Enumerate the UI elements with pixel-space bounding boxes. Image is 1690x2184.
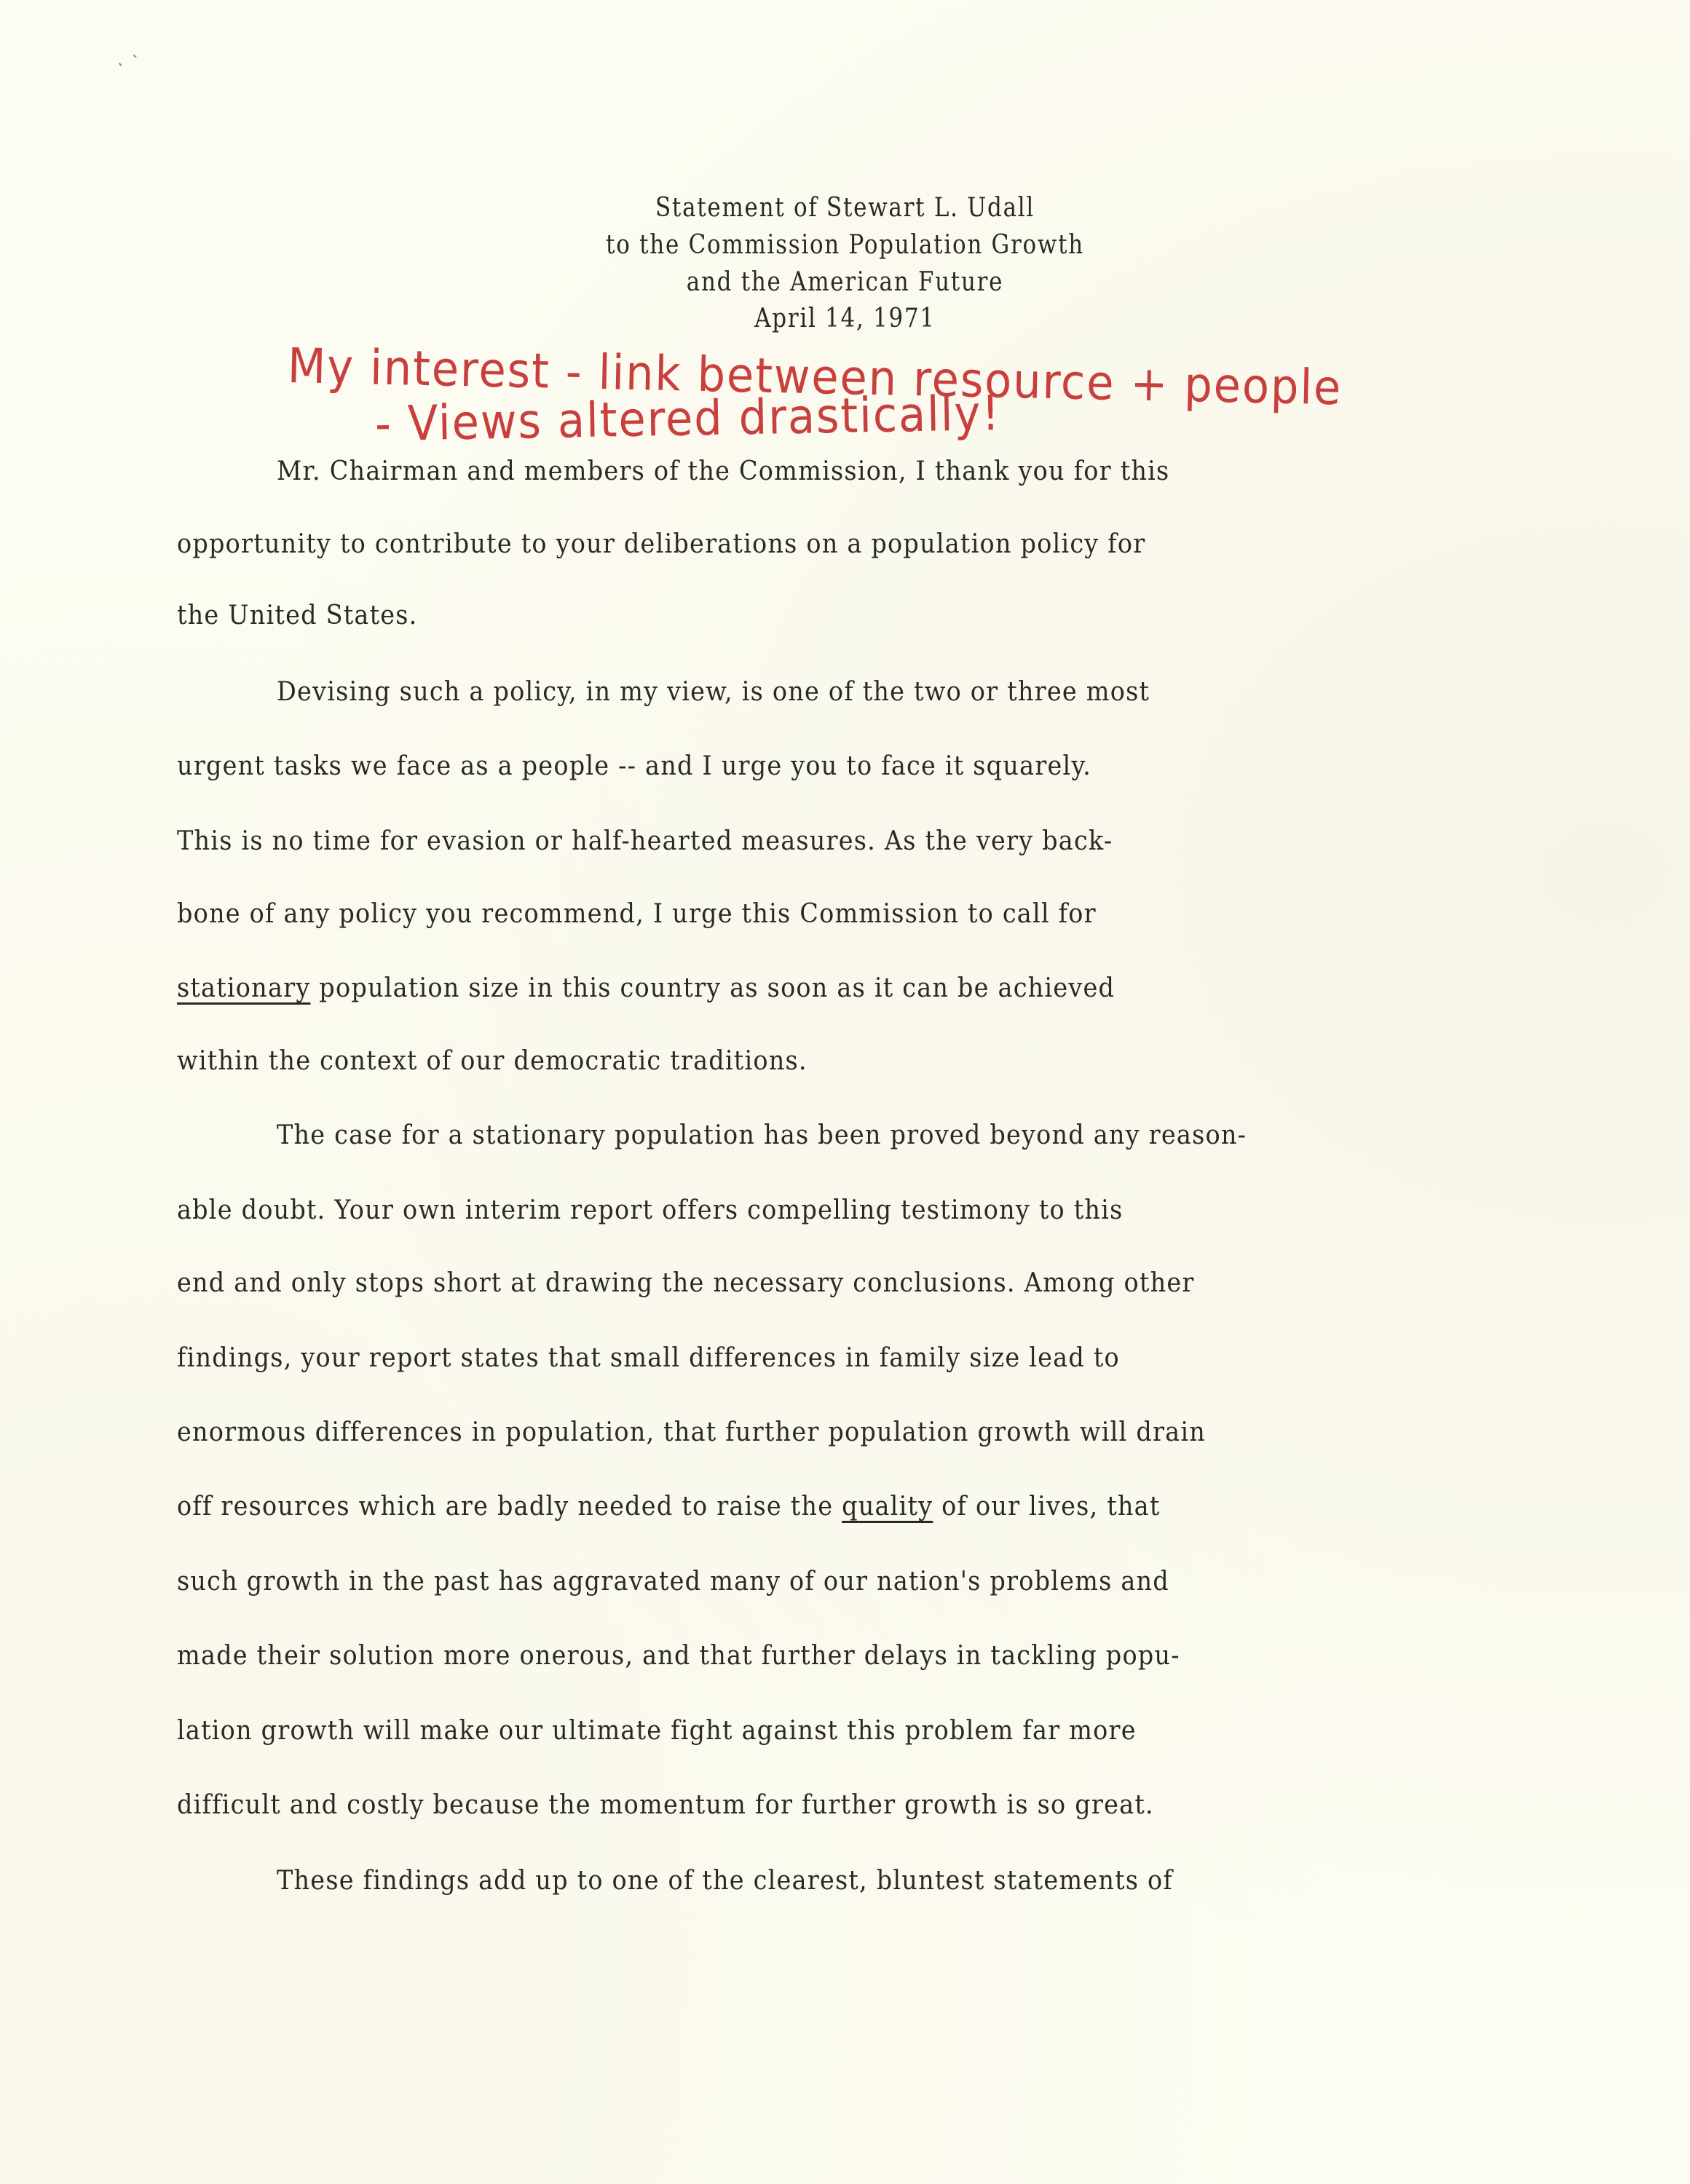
header-date: April 14, 1971 xyxy=(118,306,1571,332)
body-line: Mr. Chairman and members of the Commissi… xyxy=(277,459,1169,485)
body-line: enormous differences in population, that… xyxy=(177,1420,1206,1446)
annotation-line-2: - Views altered drastically! xyxy=(374,389,1001,448)
body-line: These findings add up to one of the clea… xyxy=(277,1868,1173,1894)
body-line: made their solution more onerous, and th… xyxy=(177,1643,1180,1669)
body-line: bone of any policy you recommend, I urge… xyxy=(177,901,1097,927)
body-line: lation growth will make our ultimate fig… xyxy=(177,1718,1137,1744)
body-line: able doubt. Your own interim report offe… xyxy=(177,1198,1123,1224)
corner-pencil-mark: ͺ ͺ xyxy=(105,35,140,69)
body-line: The case for a stationary population has… xyxy=(277,1123,1247,1149)
body-line: off resources which are badly needed to … xyxy=(177,1494,1161,1520)
body-line: opportunity to contribute to your delibe… xyxy=(177,531,1145,558)
underlined-word: quality xyxy=(842,1492,933,1522)
body-line: the United States. xyxy=(177,603,418,629)
header-title: Statement of Stewart L. Udall xyxy=(118,195,1571,221)
body-line: within the context of our democratic tra… xyxy=(177,1048,808,1075)
body-line: such growth in the past has aggravated m… xyxy=(177,1569,1169,1595)
body-line: difficult and costly because the momentu… xyxy=(177,1792,1154,1819)
body-line: urgent tasks we face as a people -- and … xyxy=(177,753,1091,780)
body-line: This is no time for evasion or half-hear… xyxy=(177,828,1113,855)
body-line: stationary population size in this count… xyxy=(177,976,1115,1002)
header-recipient: to the Commission Population Growth xyxy=(118,232,1571,258)
body-line: end and only stops short at drawing the … xyxy=(177,1270,1195,1297)
body-line: Devising such a policy, in my view, is o… xyxy=(277,679,1150,705)
document-page: ͺ ͺ Statement of Stewart L. Udall to the… xyxy=(0,0,1690,2184)
underlined-word: stationary xyxy=(177,973,310,1003)
header-recipient-cont: and the American Future xyxy=(118,269,1571,296)
body-line: findings, your report states that small … xyxy=(177,1345,1120,1372)
